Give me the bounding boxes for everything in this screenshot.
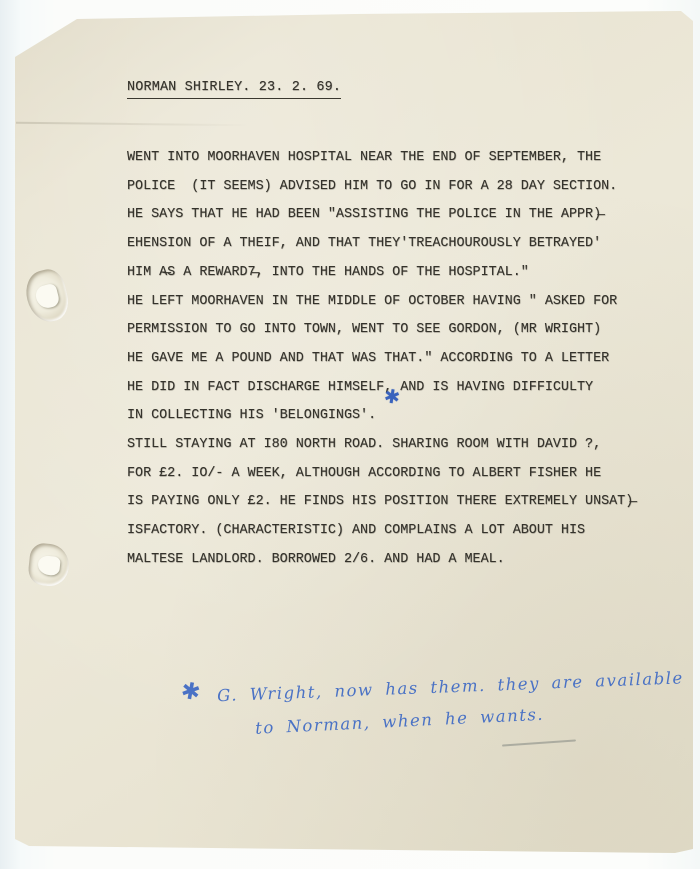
handwritten-note-line-1: G. Wright, now has them. they are availa… (217, 668, 697, 705)
typed-line: PERMISSION TO GO INTO TOWN, WENT TO SEE … (127, 316, 633, 345)
typed-line: HE DID IN FACT DISCHARGE HIMSELF, AND IS… (127, 374, 633, 403)
typed-line: HE LEFT MOORHAVEN IN THE MIDDLE OF OCTOB… (127, 288, 633, 317)
typed-body: WENT INTO MOORHAVEN HOSPITAL NEAR THE EN… (127, 144, 633, 575)
typed-line: HE GAVE ME A POUND AND THAT WAS THAT." A… (127, 345, 633, 374)
torn-hole-top (21, 266, 72, 326)
typed-line: IS PAYING ONLY £2. HE FINDS HIS POSITION… (127, 488, 633, 517)
scanned-paper-sheet: NORMAN SHIRLEY. 23. 2. 69. WENT INTO MOO… (15, 11, 693, 853)
typed-line: HIM A̶S A REWARD7̶, INTO THE HANDS OF TH… (127, 259, 633, 288)
typed-line: IN COLLECTING HIS 'BELONGINGS'. (127, 402, 633, 431)
typed-line: FOR £2. IO/- A WEEK, ALTHOUGH ACCORDING … (127, 460, 633, 489)
torn-hole-bottom (27, 542, 71, 588)
typed-line: WENT INTO MOORHAVEN HOSPITAL NEAR THE EN… (127, 144, 633, 173)
typed-line: POLICE (IT SEEMS) ADVISED HIM TO GO IN F… (127, 173, 633, 202)
paper-tear-flap (33, 282, 60, 310)
document-title: NORMAN SHIRLEY. 23. 2. 69. (127, 80, 341, 99)
typed-line: STILL STAYING AT I80 NORTH ROAD. SHARING… (127, 431, 633, 460)
typed-line: MALTESE LANDLORD. BORROWED 2/6. AND HAD … (127, 546, 633, 575)
paper-tear-flap (37, 555, 61, 576)
pencil-underline (502, 739, 576, 746)
inline-annotation-asterisk-icon: ✱ (383, 385, 402, 409)
typed-line: HE SAYS THAT HE HAD BEEN "ASSISTING THE … (127, 201, 633, 230)
paper-crease (16, 122, 248, 126)
typed-line: EHENSION OF A THEIF, AND THAT THEY'TREAC… (127, 230, 633, 259)
handwritten-note-line-2: to Norman, when he wants. (255, 701, 615, 738)
note-asterisk-icon: ✱ (179, 678, 203, 707)
typed-line: ISFACTORY. (CHARACTERISTIC) AND COMPLAIN… (127, 517, 633, 546)
